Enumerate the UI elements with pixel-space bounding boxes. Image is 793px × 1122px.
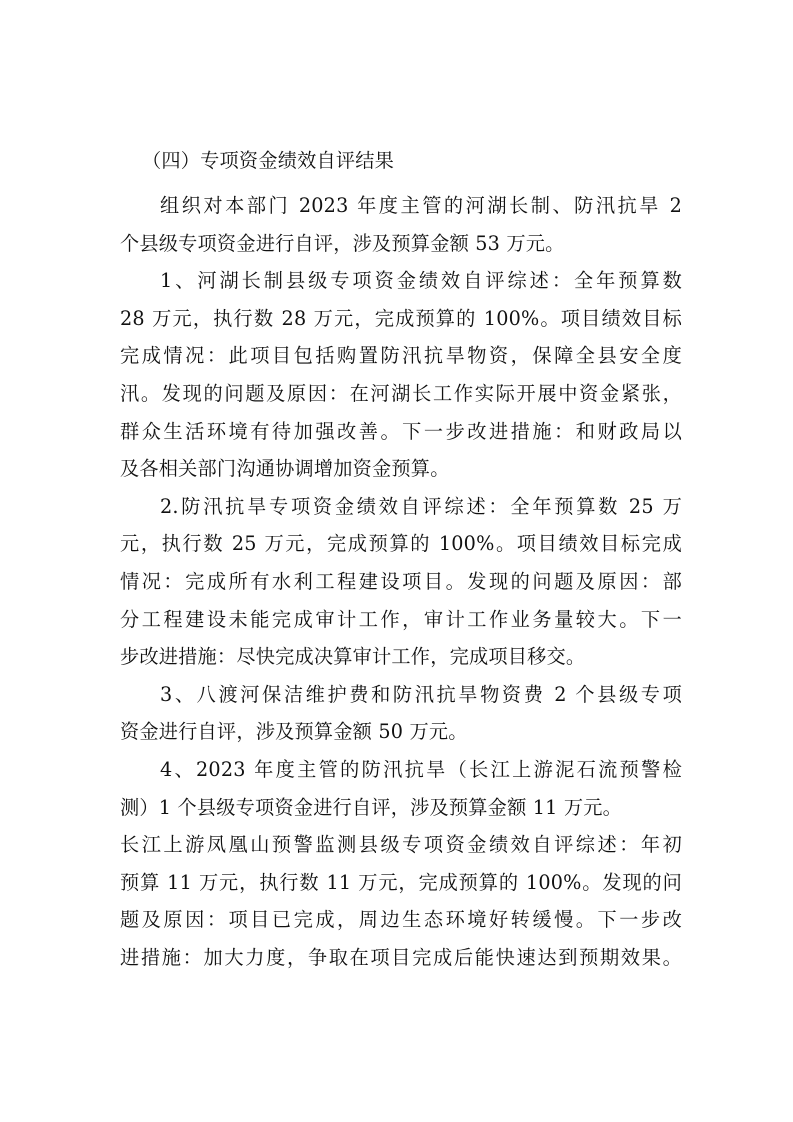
- paragraph-item-4-detail: 长江上游凤凰山预警监测县级专项资金绩效自评综述：年初 预算 11 万元，执行数 …: [120, 826, 682, 976]
- text-line: 测）1 个县级专项资金进行自评，涉及预算金额 11 万元。: [120, 789, 682, 827]
- text-line: 个县级专项资金进行自评，涉及预算金额 53 万元。: [120, 225, 682, 263]
- text-line: 预算 11 万元，执行数 11 万元，完成预算的 100%。发现的问: [120, 864, 682, 902]
- text-line: 元，执行数 25 万元，完成预算的 100%。项目绩效目标完成: [120, 525, 682, 563]
- text-line: 群众生活环境有待加强改善。下一步改进措施：和财政局以: [120, 413, 682, 451]
- paragraph-item-2: 2.防汛抗旱专项资金绩效自评综述：全年预算数 25 万 元，执行数 25 万元，…: [120, 488, 682, 676]
- text-line: 1、河湖长制县级专项资金绩效自评综述：全年预算数: [120, 262, 682, 300]
- text-line: 进措施：加大力度，争取在项目完成后能快速达到预期效果。: [120, 939, 682, 977]
- document-page: （四）专项资金绩效自评结果 组织对本部门 2023 年度主管的河湖长制、防汛抗旱…: [120, 143, 682, 976]
- text-line: 组织对本部门 2023 年度主管的河湖长制、防汛抗旱 2: [120, 187, 682, 225]
- paragraph-intro: 组织对本部门 2023 年度主管的河湖长制、防汛抗旱 2 个县级专项资金进行自评…: [120, 187, 682, 262]
- paragraph-item-1: 1、河湖长制县级专项资金绩效自评综述：全年预算数 28 万元，执行数 28 万元…: [120, 262, 682, 488]
- paragraph-item-3: 3、八渡河保洁维护费和防汛抗旱物资费 2 个县级专项 资金进行自评，涉及预算金额…: [120, 676, 682, 751]
- text-line: 长江上游凤凰山预警监测县级专项资金绩效自评综述：年初: [120, 826, 682, 864]
- text-line: 步改进措施：尽快完成决算审计工作，完成项目移交。: [120, 638, 682, 676]
- text-line: 及各相关部门沟通协调增加资金预算。: [120, 450, 682, 488]
- text-line: 资金进行自评，涉及预算金额 50 万元。: [120, 713, 682, 751]
- text-line: 情况：完成所有水利工程建设项目。发现的问题及原因：部: [120, 563, 682, 601]
- text-line: 分工程建设未能完成审计工作，审计工作业务量较大。下一: [120, 601, 682, 639]
- section-title: （四）专项资金绩效自评结果: [120, 143, 682, 187]
- text-line: 3、八渡河保洁维护费和防汛抗旱物资费 2 个县级专项: [120, 676, 682, 714]
- text-line: 2.防汛抗旱专项资金绩效自评综述：全年预算数 25 万: [120, 488, 682, 526]
- text-line: 完成情况：此项目包括购置防汛抗旱物资，保障全县安全度: [120, 337, 682, 375]
- text-line: 汛。发现的问题及原因：在河湖长工作实际开展中资金紧张，: [120, 375, 682, 413]
- paragraph-item-4: 4、2023 年度主管的防汛抗旱（长江上游泥石流预警检 测）1 个县级专项资金进…: [120, 751, 682, 826]
- text-line: 4、2023 年度主管的防汛抗旱（长江上游泥石流预警检: [120, 751, 682, 789]
- text-line: 28 万元，执行数 28 万元，完成预算的 100%。项目绩效目标: [120, 300, 682, 338]
- text-line: 题及原因：项目已完成，周边生态环境好转缓慢。下一步改: [120, 901, 682, 939]
